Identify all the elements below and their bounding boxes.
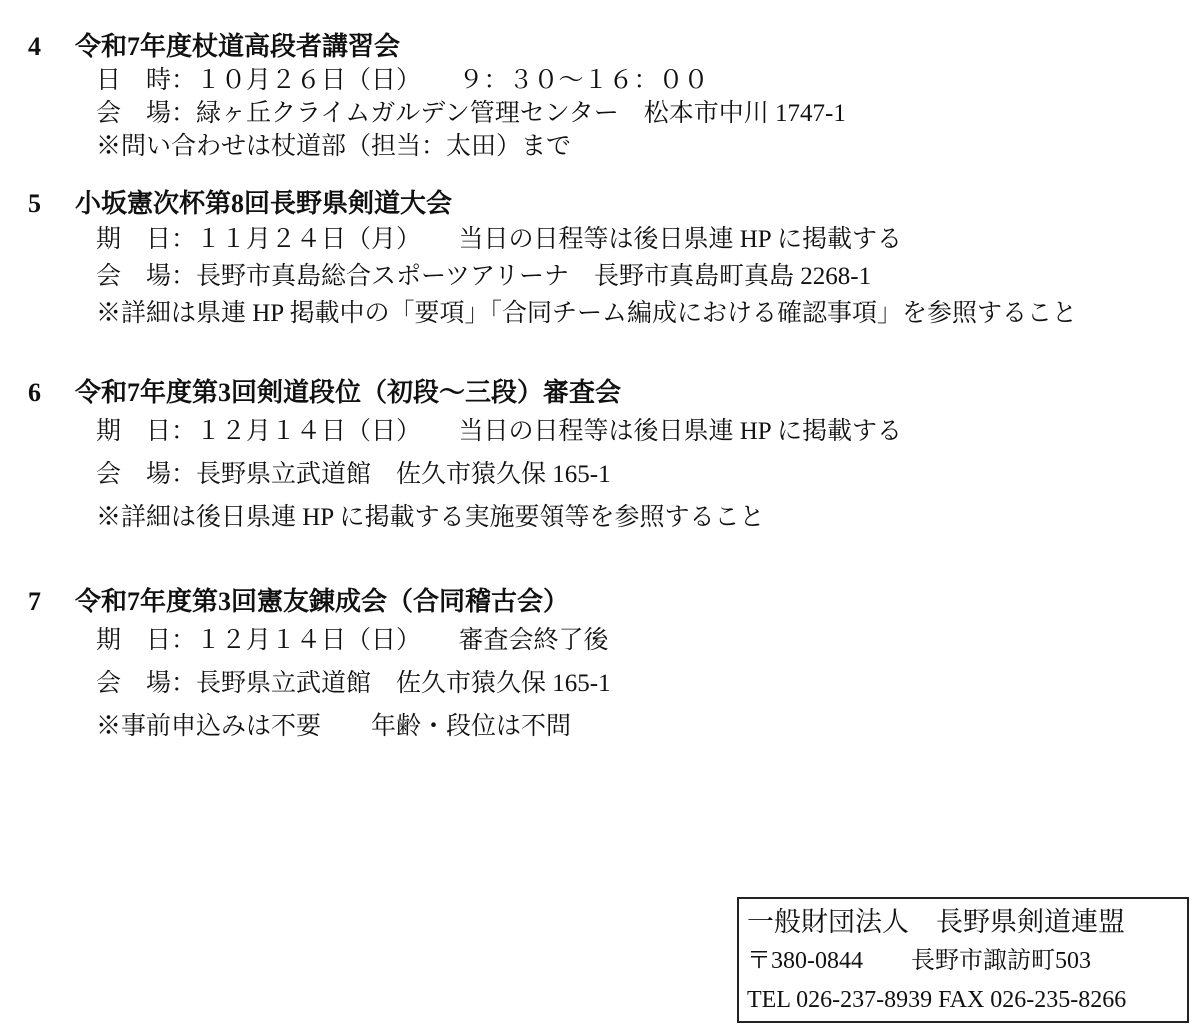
event-detail-line: 期 日：１２月１４日（日） 当日の日程等は後日県連 HP に掲載する	[0, 410, 1200, 453]
event-section-4: 4 令和7年度杖道高段者講習会 日 時：１０月２６日（日） ９：３０～１６：００…	[0, 30, 1200, 163]
event-section-5: 5 小坂憲次杯第8回長野県剣道大会 期 日：１１月２４日（月） 当日の日程等は後…	[0, 187, 1200, 332]
event-section-6: 6 令和7年度第3回剣道段位（初段～三段）審査会 期 日：１２月１４日（日） 当…	[0, 376, 1200, 539]
event-heading: 7 令和7年度第3回憲友錬成会（合同稽古会）	[0, 585, 1200, 619]
section-number: 7	[28, 585, 75, 619]
event-section-7: 7 令和7年度第3回憲友錬成会（合同稽古会） 期 日：１２月１４日（日） 審査会…	[0, 585, 1200, 748]
event-detail-line: 会 場：長野県立武道館 佐久市猿久保 165-1	[0, 453, 1200, 496]
event-detail-line: 期 日：１１月２４日（月） 当日の日程等は後日県連 HP に掲載する	[0, 221, 1200, 258]
event-heading: 5 小坂憲次杯第8回長野県剣道大会	[0, 187, 1200, 221]
event-detail-line: 日 時：１０月２６日（日） ９：３０～１６：００	[0, 64, 1200, 97]
event-detail-line: 期 日：１２月１４日（日） 審査会終了後	[0, 619, 1200, 662]
event-note-line: ※事前申込みは不要 年齢・段位は不問	[0, 705, 1200, 748]
org-tel-fax: TEL 026-237-8939 FAX 026-235-8266	[747, 981, 1179, 1020]
section-title: 令和7年度第3回剣道段位（初段～三段）審査会	[75, 376, 621, 410]
section-title: 小坂憲次杯第8回長野県剣道大会	[75, 187, 452, 221]
section-title: 令和7年度杖道高段者講習会	[75, 30, 400, 64]
event-detail-line: 会 場：長野県立武道館 佐久市猿久保 165-1	[0, 662, 1200, 705]
event-list: 4 令和7年度杖道高段者講習会 日 時：１０月２６日（日） ９：３０～１６：００…	[0, 0, 1200, 748]
event-detail-line: 会 場：長野市真島総合スポーツアリーナ 長野市真島町真島 2268-1	[0, 258, 1200, 295]
org-name: 一般財団法人 長野県剣道連盟	[747, 902, 1179, 942]
event-heading: 6 令和7年度第3回剣道段位（初段～三段）審査会	[0, 376, 1200, 410]
event-detail-line: 会 場：緑ヶ丘クライムガルデン管理センター 松本市中川 1747-1	[0, 97, 1200, 130]
section-number: 4	[28, 30, 75, 64]
org-info-box: 一般財団法人 長野県剣道連盟 〒380-0844 長野市諏訪町503 TEL 0…	[737, 897, 1189, 1023]
event-heading: 4 令和7年度杖道高段者講習会	[0, 30, 1200, 64]
org-postal-address: 〒380-0844 長野市諏訪町503	[747, 942, 1179, 981]
section-title: 令和7年度第3回憲友錬成会（合同稽古会）	[75, 585, 569, 619]
event-note-line: ※詳細は後日県連 HP に掲載する実施要領等を参照すること	[0, 496, 1200, 539]
section-number: 6	[28, 376, 75, 410]
section-number: 5	[28, 187, 75, 221]
event-note-line: ※問い合わせは杖道部（担当：太田）まで	[0, 130, 1200, 163]
document-page: 4 令和7年度杖道高段者講習会 日 時：１０月２６日（日） ９：３０～１６：００…	[0, 0, 1200, 1036]
event-note-line: ※詳細は県連 HP 掲載中の「要項」「合同チーム編成における確認事項」を参照する…	[0, 295, 1200, 332]
